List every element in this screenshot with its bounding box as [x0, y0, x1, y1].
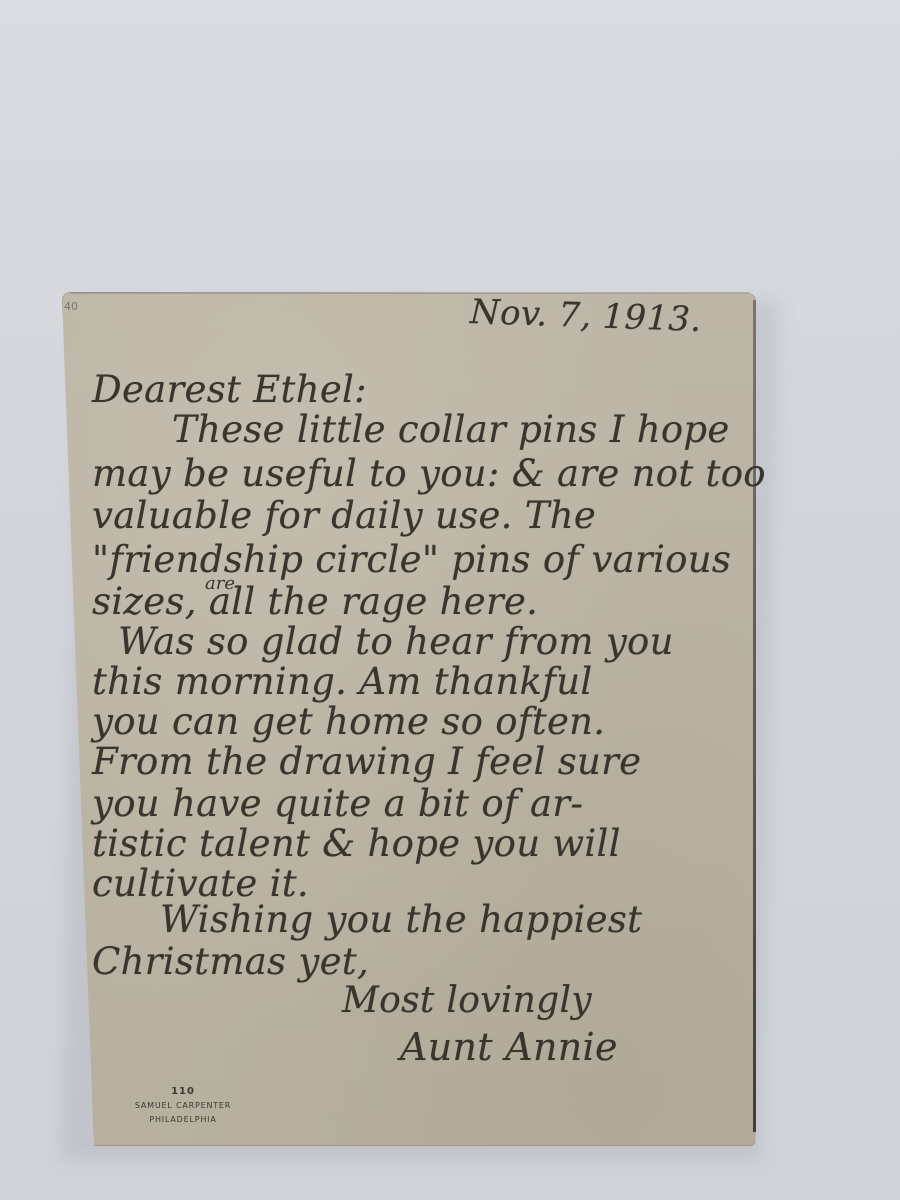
corner-pencil-mark: 40: [64, 300, 78, 313]
imprint-number: 110: [108, 1085, 258, 1099]
body-line-14: Christmas yet,: [92, 940, 369, 983]
body-line-4: "friendship circle" pins of various: [92, 538, 731, 581]
letter-date: Nov. 7, 1913.: [469, 292, 702, 340]
body-line-8: you can get home so often.: [92, 700, 605, 743]
closing: Most lovingly: [342, 980, 592, 1021]
card-top-edge: [70, 292, 750, 294]
body-line-2: may be useful to you: & are not too: [92, 452, 766, 495]
body-line-1: These little collar pins I hope: [172, 408, 730, 451]
salutation: Dearest Ethel:: [92, 368, 367, 411]
body-line-7: this morning. Am thankful: [92, 660, 592, 703]
body-line-13: Wishing you the happiest: [160, 898, 642, 941]
body-line-5: sizes, all the rage here.: [92, 580, 538, 623]
signature: Aunt Annie: [400, 1025, 618, 1069]
card-right-edge: [753, 300, 756, 1132]
printer-imprint: 110 SAMUEL CARPENTER PHILADELPHIA: [108, 1085, 258, 1127]
body-line-11: tistic talent & hope you will: [92, 822, 621, 865]
body-line-3: valuable for daily use. The: [92, 494, 596, 537]
body-line-6: Was so glad to hear from you: [118, 620, 674, 663]
body-line-10: you have quite a bit of ar-: [92, 782, 583, 825]
body-line-9: From the drawing I feel sure: [92, 740, 641, 783]
imprint-maker: SAMUEL CARPENTER: [108, 1099, 258, 1113]
imprint-city: PHILADELPHIA: [108, 1113, 258, 1127]
